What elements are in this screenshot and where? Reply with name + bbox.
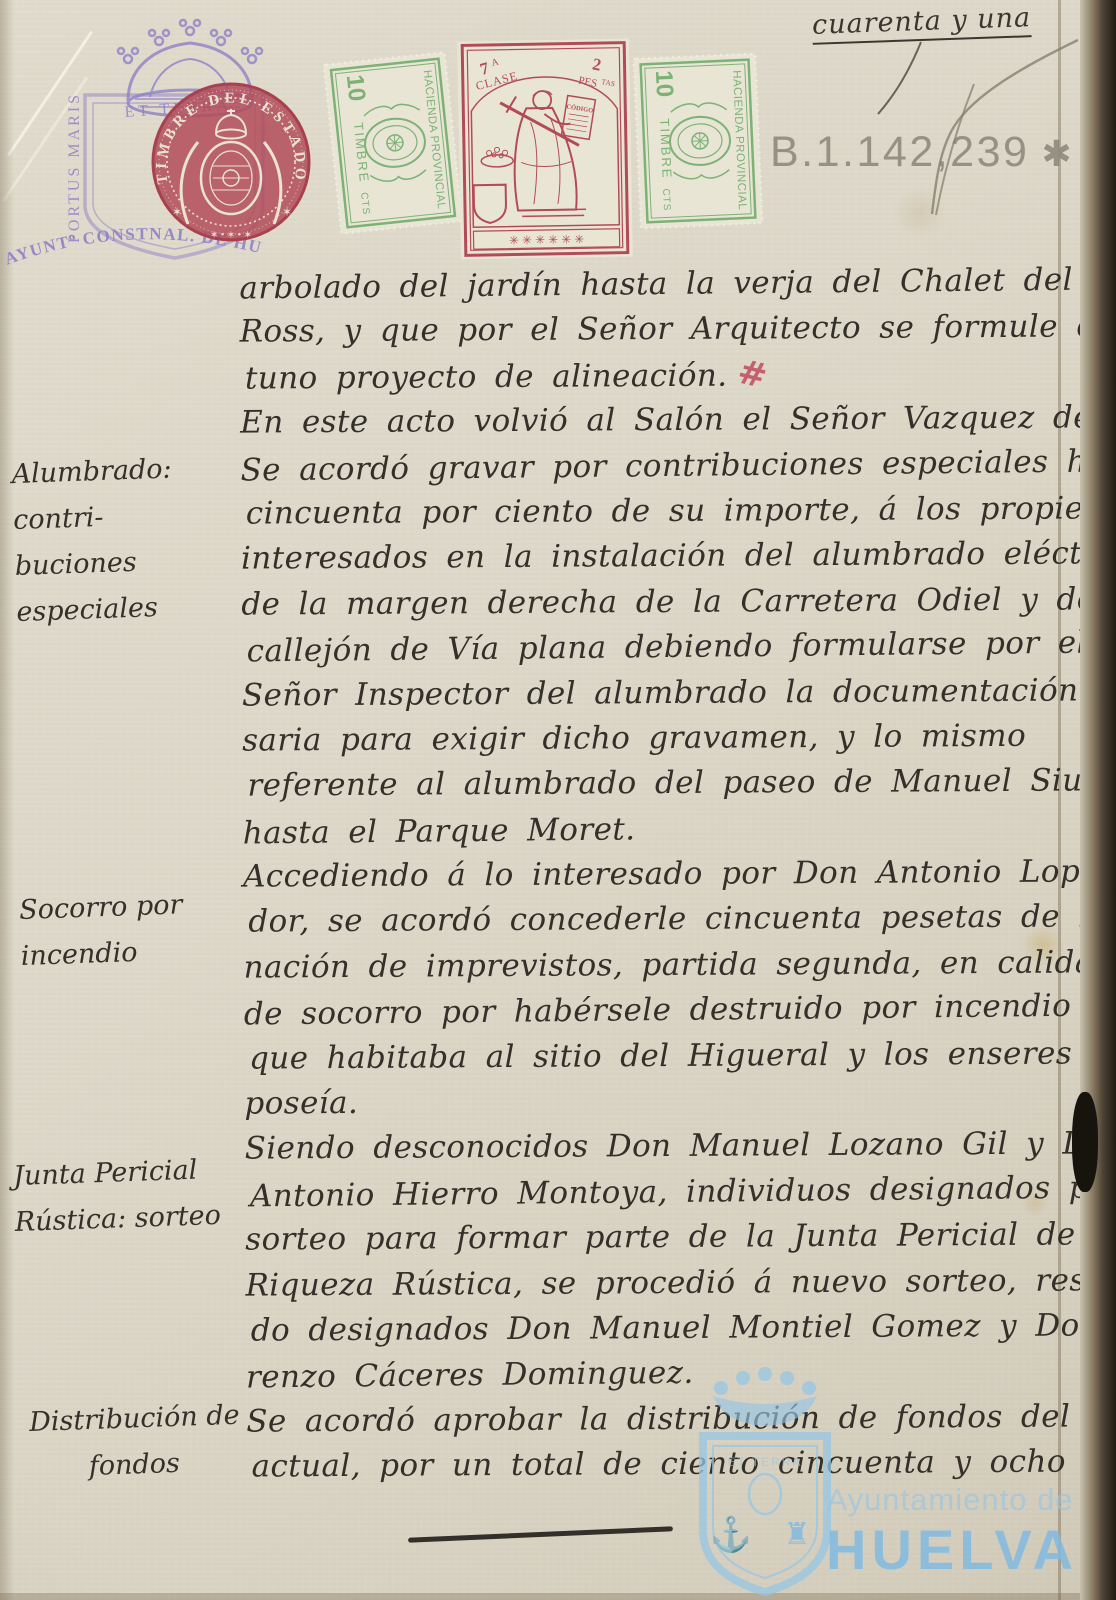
state-seal-stamp: TIMBRE DEL ESTADO ✶ ✶ ✶ • ✶ • ✶ bbox=[148, 76, 314, 248]
margin-note-line: incendio bbox=[20, 926, 253, 980]
manuscript-line: que habitaba al sitio del Higueral y los… bbox=[249, 1031, 1096, 1082]
manuscript-line: nación de imprevistos, partida segunda, … bbox=[243, 940, 1095, 991]
anchor-icon: ⚓ bbox=[710, 1515, 752, 1554]
manuscript-line: referente al alumbrado del paseo de Manu… bbox=[247, 759, 1094, 810]
margin-note-line: Rústica: sorteo bbox=[14, 1192, 247, 1246]
manuscript-line: Ross, y que por el Señor Arquitecto se f… bbox=[240, 305, 1092, 356]
manuscript-line: saria para exigir dicho gravamen, y lo m… bbox=[242, 713, 1094, 764]
stamp-value: 10 bbox=[650, 70, 678, 98]
correction-mark: # bbox=[733, 349, 772, 400]
seal-star-right: ✶ bbox=[282, 205, 292, 219]
serial-star: ✱ bbox=[1041, 133, 1071, 174]
manuscript-line: do designados Don Manuel Montiel Gomez y… bbox=[251, 1303, 1098, 1354]
stamp-value: 10 bbox=[341, 73, 371, 102]
manuscript-line: Se acordó aprobar la distribución de fon… bbox=[246, 1394, 1098, 1445]
tower-icon: ♜ bbox=[784, 1518, 811, 1551]
page-edge-bottom bbox=[0, 1593, 1116, 1600]
closing-dash bbox=[408, 1526, 673, 1543]
margin-note-line: Socorro por bbox=[18, 880, 251, 934]
margin-note-line: buciones especiales bbox=[14, 536, 249, 636]
manuscript-line: de la margen derecha de la Carretera Odi… bbox=[241, 577, 1093, 628]
manuscript-line: dor, se acordó concederle cincuenta pese… bbox=[248, 895, 1095, 946]
manuscript-line: callejón de Vía plana debiendo formulars… bbox=[246, 621, 1093, 675]
seal-bottom-ornament: ✶ • ✶ • ✶ bbox=[210, 230, 252, 241]
margin-note-line: Alumbrado: contri- bbox=[11, 444, 246, 544]
stamp-value-unit: CTS bbox=[660, 188, 672, 211]
notarial-stamp: 7 A CLASE 2 PES TAS CÓDIGO bbox=[457, 39, 633, 260]
seal-star-left: ✶ bbox=[172, 205, 182, 219]
serial-number: B.1.142,239✱ bbox=[770, 128, 1072, 177]
manuscript-line: de socorro por habérsele destruido por i… bbox=[244, 984, 1096, 1038]
margin-note-alumbrado: Alumbrado: contri- buciones especiales bbox=[11, 444, 249, 636]
provincial-stamp-left: HACIENDA PROVINCIAL 10 TIMBRE CTS bbox=[322, 51, 463, 235]
stamp-motto-left: PORTUS MARIS bbox=[66, 92, 83, 243]
margin-note-socorro: Socorro por incendio bbox=[18, 880, 253, 980]
manuscript-line: tuno proyecto de alineación.# bbox=[245, 350, 1092, 401]
manuscript-line: Siendo desconocidos Don Manuel Lozano Gi… bbox=[245, 1122, 1097, 1173]
provincial-stamp-right: HACIENDA PROVINCIAL 10 TIMBRE CTS bbox=[632, 52, 763, 229]
binding-tie bbox=[1072, 1092, 1098, 1192]
paper-stain bbox=[890, 190, 950, 236]
manuscript-body: arbolado del jardín hasta la verja del C… bbox=[239, 259, 1098, 1490]
manuscript-line: Se acordó gravar por contribuciones espe… bbox=[240, 439, 1092, 493]
watermark-text-line1: Ayuntamiento de bbox=[826, 1482, 1073, 1517]
manuscript-line: hasta el Parque Moret. bbox=[243, 802, 1095, 856]
manuscript-line: cincuenta por ciento de su importe, á lo… bbox=[246, 486, 1093, 537]
margin-note-line: fondos bbox=[88, 1438, 263, 1490]
watermark-text-line2: HUELVA bbox=[826, 1518, 1078, 1581]
manuscript-page: ET TERRA PORTUS MARIS AYUNTº CONSTNAL. D… bbox=[0, 0, 1116, 1600]
margin-note-junta: Junta Pericial Rústica: sorteo bbox=[12, 1146, 247, 1246]
manuscript-line: Accediendo á lo interesado por Don Anton… bbox=[243, 849, 1095, 900]
manuscript-line: renzo Cáceres Dominguez. bbox=[246, 1347, 1098, 1401]
manuscript-line: actual, por un total de ciento cincuenta… bbox=[251, 1440, 1098, 1491]
binding-edge bbox=[1080, 0, 1116, 1600]
folio-number: cuarenta y una bbox=[812, 2, 1032, 41]
margin-note-line: Junta Pericial bbox=[12, 1146, 245, 1200]
manuscript-line: interesados en la instalación del alumbr… bbox=[241, 532, 1093, 583]
manuscript-line: Señor Inspector del alumbrado la documen… bbox=[242, 668, 1094, 719]
manuscript-line: Riqueza Rústica, se procedió á nuevo sor… bbox=[245, 1258, 1097, 1309]
manuscript-line: arbolado del jardín hasta la verja del C… bbox=[239, 258, 1091, 312]
manuscript-line: Antonio Hierro Montoya, individuos desig… bbox=[250, 1165, 1097, 1219]
stamp-ornament-row: ✳ ✳ ✳ ✳ ✳ ✳ bbox=[509, 232, 585, 247]
manuscript-line: sorteo para formar parte de la Junta Per… bbox=[245, 1213, 1097, 1264]
manuscript-line: poseía. bbox=[244, 1076, 1096, 1127]
margin-note-distribucion: Distribución de fondos bbox=[28, 1392, 263, 1492]
margin-note-line: Distribución de bbox=[28, 1392, 261, 1446]
manuscript-line: En este acto volvió al Salón el Señor Va… bbox=[240, 396, 1092, 447]
